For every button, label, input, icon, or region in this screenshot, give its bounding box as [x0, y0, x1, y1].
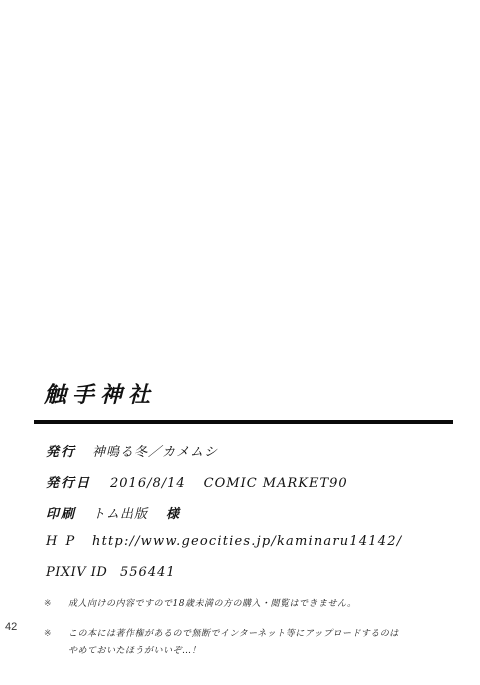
pixiv-id: 556441 [120, 565, 176, 580]
publish-date-label: 発行日 [46, 472, 110, 491]
reference-mark-icon: ※ [44, 629, 68, 639]
printer-row: 印刷 トム出版 様 [46, 503, 179, 522]
reference-mark-icon: ※ [44, 599, 68, 609]
publish-date-row: 発行日 2016/8/14 COMIC MARKET90 [46, 472, 348, 491]
pixiv-label: PIXIV ID [46, 565, 120, 580]
copyright-note: ※ この本には著作権があるので無断でインターネット等にアップロードするのはやめて… [44, 629, 408, 660]
publisher-row: 発行 神鳴る冬／カメムシ [46, 441, 218, 460]
colophon-page: 触手神社 発行 神鳴る冬／カメムシ 発行日 2016/8/14 COMIC MA… [0, 0, 480, 685]
event-name: COMIC MARKET90 [204, 476, 348, 491]
printer-honorific: 様 [166, 503, 179, 522]
homepage-label: H P [46, 534, 92, 549]
note-text: この本には著作権があるので無断でインターネット等にアップロードするのはやめておい… [68, 626, 408, 660]
age-restriction-note: ※ 成人向けの内容ですので18歳未満の方の購入・閲覧はできません。 [44, 599, 357, 613]
note-text: 成人向けの内容ですので18歳未満の方の購入・閲覧はできません。 [68, 596, 357, 613]
book-title: 触手神社 [44, 378, 156, 409]
homepage-row: H P http://www.geocities.jp/kaminaru1414… [46, 534, 402, 549]
page-number: 42 [5, 621, 17, 633]
pixiv-row: PIXIV ID 556441 [46, 565, 176, 580]
homepage-url: http://www.geocities.jp/kaminaru14142/ [92, 534, 402, 549]
printer-value: トム出版 [92, 503, 148, 522]
publisher-value: 神鳴る冬／カメムシ [92, 441, 218, 460]
publisher-label: 発行 [46, 441, 92, 460]
title-divider [34, 420, 453, 424]
publish-date-value: 2016/8/14 [110, 476, 186, 491]
printer-label: 印刷 [46, 503, 92, 522]
